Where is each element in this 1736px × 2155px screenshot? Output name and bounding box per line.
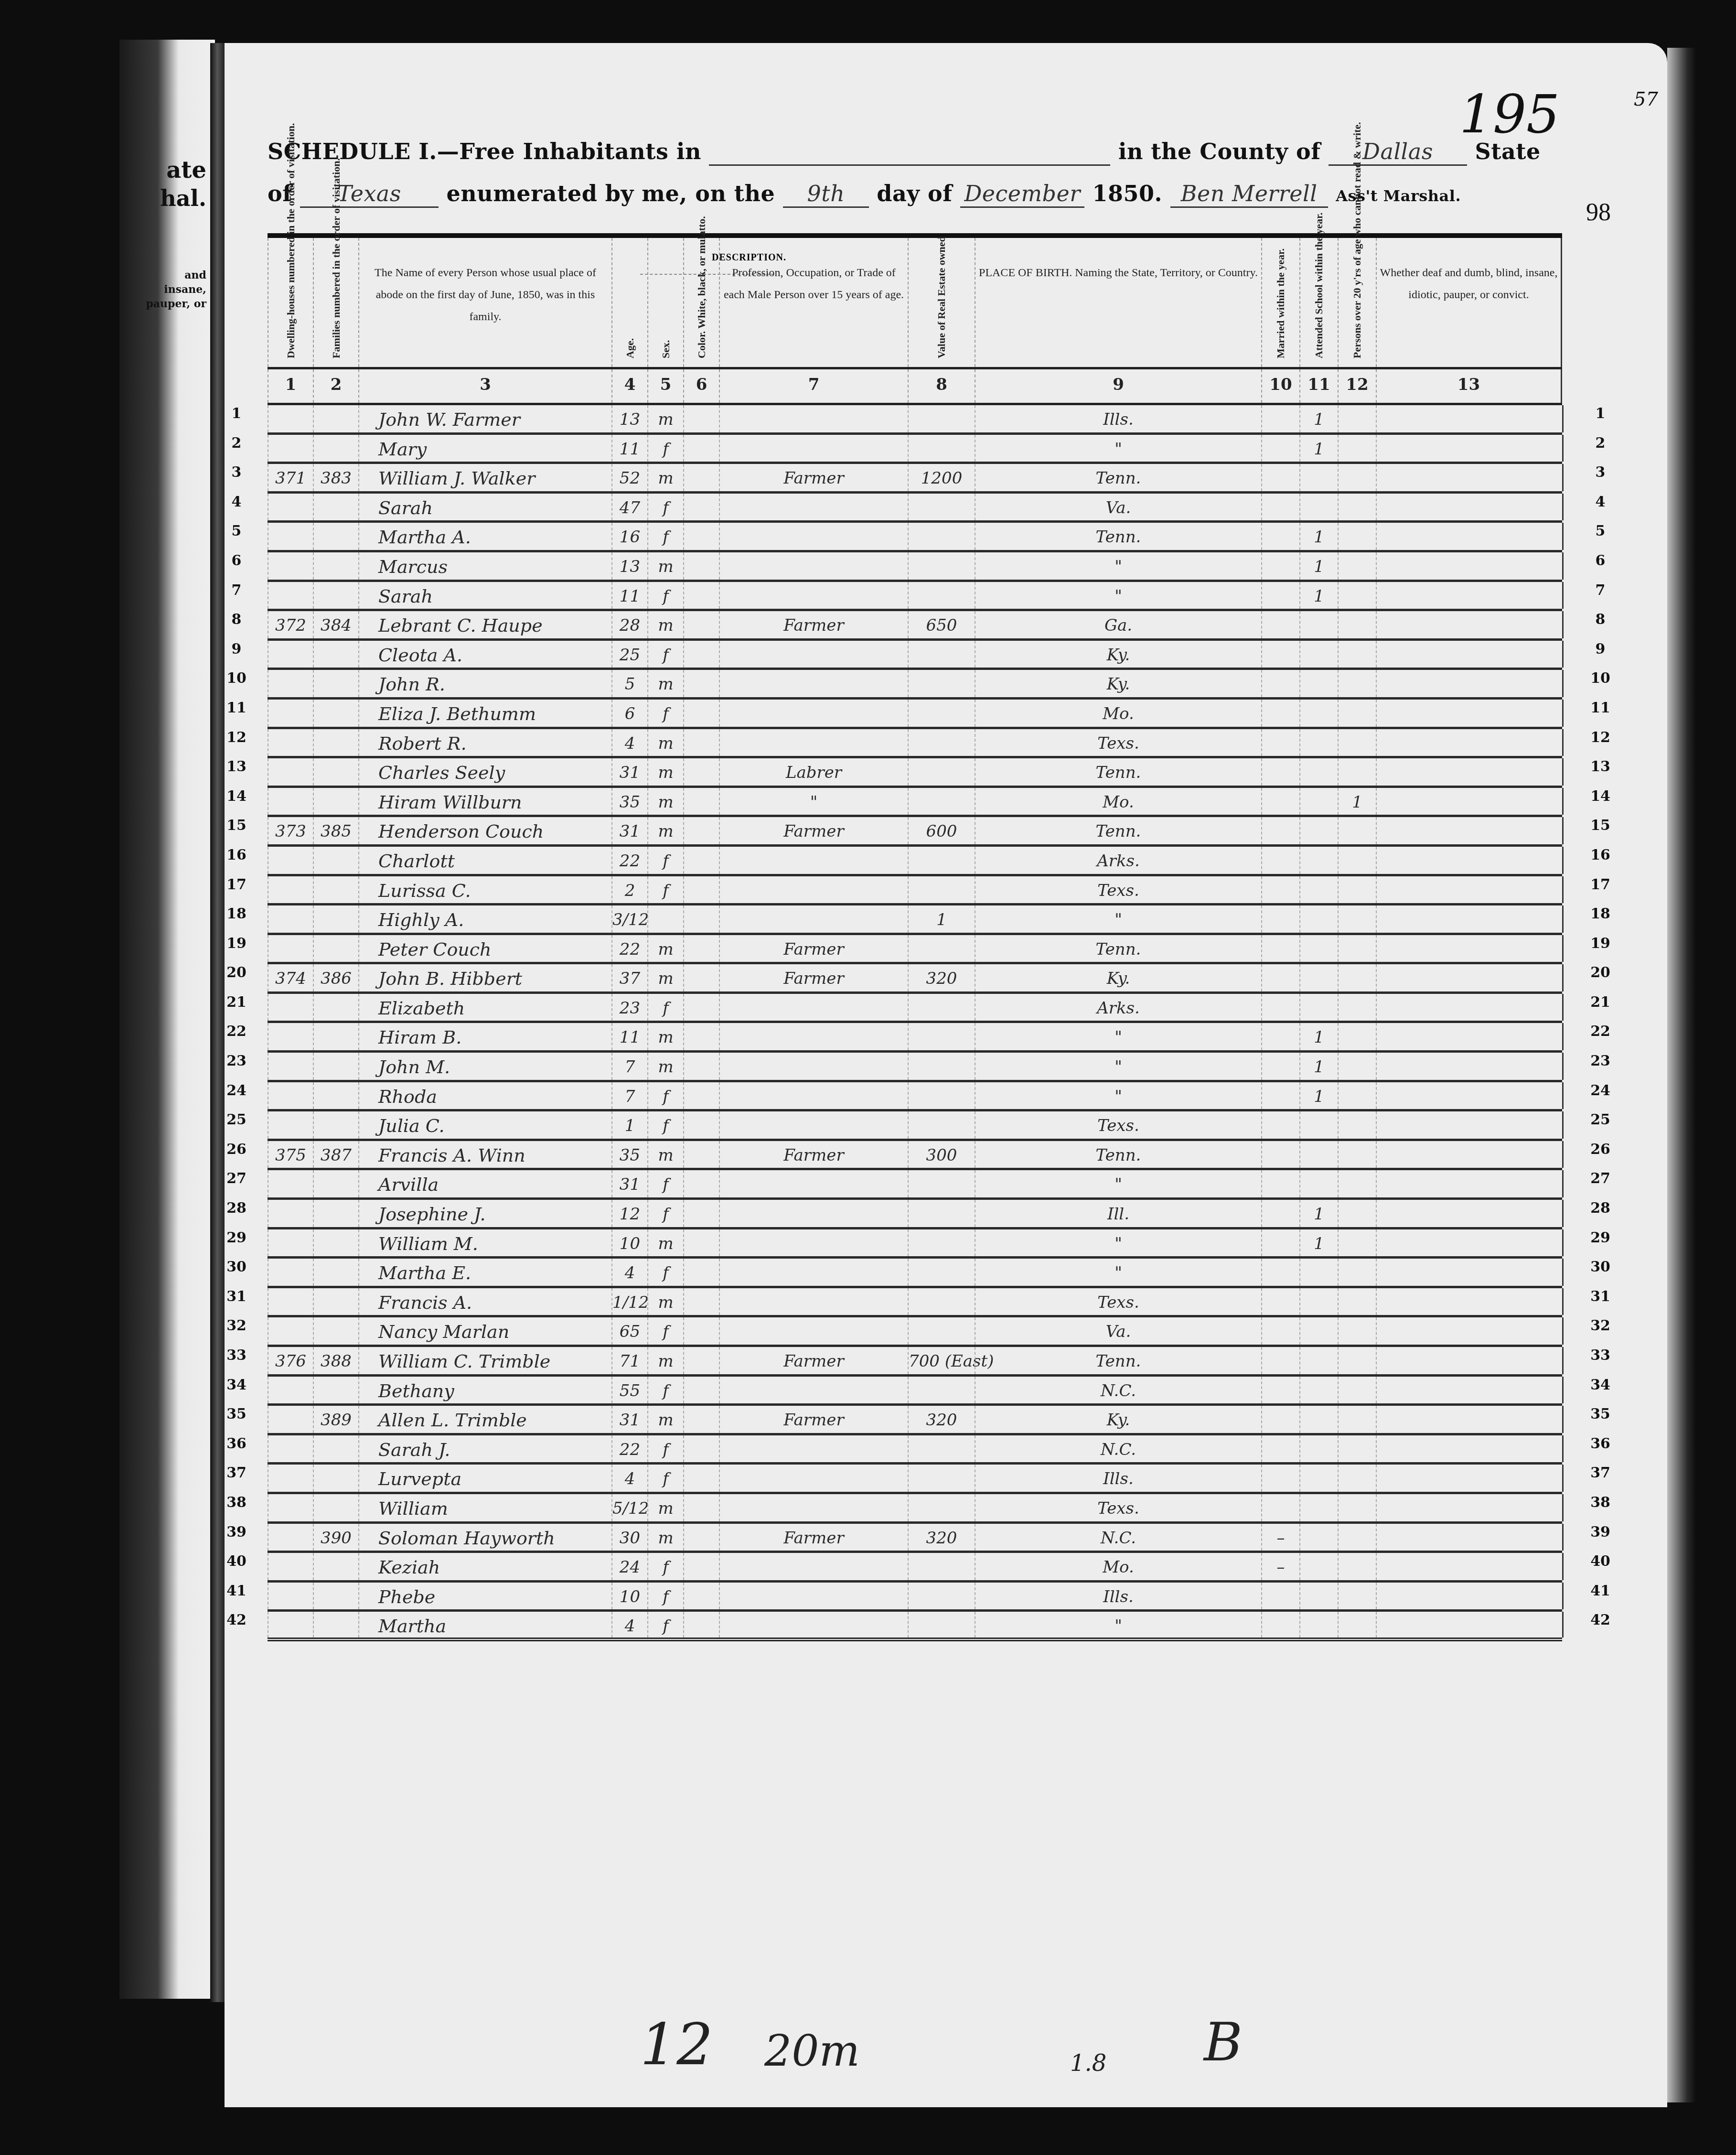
cell-illiterate [1338, 876, 1376, 904]
cell-name: Mary [358, 435, 611, 462]
cell-birthplace: Texs. [975, 876, 1261, 904]
cell-married [1261, 1111, 1299, 1139]
cell-dwelling [268, 1053, 313, 1080]
cell-married [1261, 523, 1299, 550]
cell-dwelling [268, 670, 313, 697]
cell-real-estate [908, 582, 975, 609]
cell-real-estate [908, 847, 975, 874]
cell-sex: f [647, 1111, 683, 1139]
line-number: 37 [222, 1465, 251, 1481]
cell-school [1299, 964, 1338, 991]
line-number: 5 [222, 523, 251, 539]
right-rule [1562, 1259, 1564, 1286]
cell-name: William C. Trimble [358, 1347, 611, 1374]
right-rule [1562, 1435, 1564, 1463]
cell-dwelling [268, 788, 313, 815]
cell-school [1299, 729, 1338, 756]
cell-school [1299, 847, 1338, 874]
cell-married [1261, 494, 1299, 521]
cell-color [683, 552, 719, 580]
cell-family [313, 1170, 358, 1197]
cell-real-estate [908, 994, 975, 1021]
cell-birthplace: N.C. [975, 1435, 1261, 1463]
table-row: 19Peter Couch22mFarmerTenn.19 [268, 935, 1562, 965]
table-row: 17Lurissa C.2fTexs.17 [268, 876, 1562, 906]
prev-page-fragment: hal. [160, 185, 206, 211]
line-number: 18 [222, 905, 251, 922]
cell-birthplace: " [975, 1229, 1261, 1257]
col-num: 7 [719, 369, 908, 403]
cell-married [1261, 876, 1299, 904]
cell-age: 55 [611, 1377, 647, 1404]
cell-color [683, 1082, 719, 1110]
cell-age: 25 [611, 641, 647, 668]
right-rule [1562, 1170, 1564, 1197]
county-field: Dallas [1329, 139, 1467, 166]
cell-school [1299, 1553, 1338, 1580]
cell-age: 5/12 [611, 1494, 647, 1521]
cell-name: John M. [358, 1053, 611, 1080]
line-number-right: 31 [1586, 1288, 1615, 1305]
cell-dwelling [268, 405, 313, 432]
cell-married [1261, 405, 1299, 432]
cell-condition [1376, 1494, 1562, 1521]
cell-name: Henderson Couch [358, 817, 611, 844]
cell-dwelling [268, 1288, 313, 1315]
right-rule [1562, 523, 1564, 550]
year-label: 1850. [1093, 181, 1163, 206]
cell-real-estate [908, 1229, 975, 1257]
cell-birthplace: Tenn. [975, 1141, 1261, 1168]
col-header-real-estate: Value of Real Estate owned [908, 238, 975, 367]
line-number-right: 29 [1586, 1229, 1615, 1246]
cell-family [313, 876, 358, 904]
cell-illiterate [1338, 435, 1376, 462]
cell-family [313, 729, 358, 756]
line-number-right: 39 [1586, 1524, 1615, 1541]
table-row: 38William5/12mTexs.38 [268, 1494, 1562, 1524]
cell-birthplace: Arks. [975, 847, 1261, 874]
cell-dwelling [268, 435, 313, 462]
table-row: 37Lurvepta4fIlls.37 [268, 1465, 1562, 1494]
cell-school: 1 [1299, 1053, 1338, 1080]
line-number-right: 10 [1586, 670, 1615, 687]
line-number-right: 8 [1586, 611, 1615, 628]
cell-sex: m [647, 729, 683, 756]
table-row: 8372384Lebrant C. Haupe28mFarmer650Ga.8 [268, 611, 1562, 641]
right-rule [1562, 582, 1564, 609]
cell-sex: m [647, 464, 683, 491]
cell-color [683, 523, 719, 550]
right-rule [1562, 905, 1564, 933]
cell-real-estate [908, 1111, 975, 1139]
cell-occupation [719, 1612, 908, 1638]
cell-occupation [719, 876, 908, 904]
right-rule [1562, 964, 1564, 991]
cell-name: Francis A. Winn [358, 1141, 611, 1168]
cell-family: 390 [313, 1524, 358, 1551]
cell-name: Soloman Hayworth [358, 1524, 611, 1551]
cell-name: Hiram B. [358, 1023, 611, 1050]
cell-dwelling: 376 [268, 1347, 313, 1374]
cell-real-estate [908, 1053, 975, 1080]
cell-school [1299, 1435, 1338, 1463]
cell-occupation: Farmer [719, 1141, 908, 1168]
table-row: 3371383William J. Walker52mFarmer1200Ten… [268, 464, 1562, 494]
cell-birthplace: " [975, 1053, 1261, 1080]
col-num: 4 [611, 369, 647, 403]
tally-value: 1.8 [1070, 2050, 1106, 2077]
cell-age: 47 [611, 494, 647, 521]
cell-sex: m [647, 405, 683, 432]
cell-dwelling [268, 1524, 313, 1551]
cell-sex: f [647, 523, 683, 550]
right-rule [1562, 1288, 1564, 1315]
line-number-right: 18 [1586, 905, 1615, 922]
cell-age: 11 [611, 1023, 647, 1050]
cell-condition [1376, 1583, 1562, 1610]
cell-family [313, 435, 358, 462]
cell-real-estate [908, 552, 975, 580]
table-row: 4Sarah47fVa.4 [268, 494, 1562, 523]
cell-occupation [719, 670, 908, 697]
cell-condition [1376, 817, 1562, 844]
cell-name: William J. Walker [358, 464, 611, 491]
cell-school: 1 [1299, 523, 1338, 550]
cell-color [683, 582, 719, 609]
cell-real-estate [908, 1288, 975, 1315]
cell-condition [1376, 1435, 1562, 1463]
cell-condition [1376, 670, 1562, 697]
cell-age: 6 [611, 700, 647, 727]
line-number: 33 [222, 1347, 251, 1364]
cell-sex: m [647, 1406, 683, 1433]
cell-real-estate [908, 1170, 975, 1197]
col-num: 2 [313, 369, 358, 403]
line-number-right: 14 [1586, 788, 1615, 805]
cell-color [683, 494, 719, 521]
col-num: 6 [683, 369, 719, 403]
cell-name: Cleota A. [358, 641, 611, 668]
cell-dwelling [268, 1200, 313, 1227]
cell-birthplace: Tenn. [975, 817, 1261, 844]
cell-name: William [358, 1494, 611, 1521]
cell-family [313, 1053, 358, 1080]
cell-age: 31 [611, 758, 647, 786]
table-row: 22Hiram B.11m"122 [268, 1023, 1562, 1053]
cell-family [313, 1082, 358, 1110]
cell-school [1299, 876, 1338, 904]
cell-family [313, 405, 358, 432]
cell-family [313, 994, 358, 1021]
cell-illiterate [1338, 700, 1376, 727]
cell-birthplace: Ky. [975, 964, 1261, 991]
cell-dwelling [268, 758, 313, 786]
cell-school [1299, 905, 1338, 933]
cell-occupation: Farmer [719, 1347, 908, 1374]
right-rule [1562, 1406, 1564, 1433]
cell-family [313, 523, 358, 550]
cell-condition [1376, 1170, 1562, 1197]
right-rule [1562, 405, 1564, 432]
cell-color [683, 935, 719, 962]
cell-married [1261, 758, 1299, 786]
cell-family [313, 935, 358, 962]
cell-illiterate [1338, 670, 1376, 697]
right-rule [1562, 641, 1564, 668]
cell-family [313, 494, 358, 521]
cell-birthplace: N.C. [975, 1377, 1261, 1404]
cell-occupation [719, 1023, 908, 1050]
line-number: 35 [222, 1406, 251, 1422]
cell-sex: f [647, 494, 683, 521]
cell-name: John R. [358, 670, 611, 697]
cell-married [1261, 1377, 1299, 1404]
cell-age: 10 [611, 1583, 647, 1610]
cell-married [1261, 1317, 1299, 1345]
line-number-right: 36 [1586, 1435, 1615, 1452]
cell-occupation [719, 523, 908, 550]
right-rule [1562, 1141, 1564, 1168]
cell-sex: f [647, 847, 683, 874]
cell-condition [1376, 758, 1562, 786]
cell-dwelling [268, 1435, 313, 1463]
col-header-married: Married within the year. [1261, 238, 1299, 367]
cell-illiterate [1338, 1317, 1376, 1345]
cell-real-estate: 650 [908, 611, 975, 638]
cell-family [313, 1494, 358, 1521]
tally-females: 20m [764, 2026, 860, 2076]
cell-color [683, 1435, 719, 1463]
line-number: 2 [222, 435, 251, 452]
cell-dwelling [268, 905, 313, 933]
cell-sex: m [647, 1023, 683, 1050]
line-number-right: 5 [1586, 523, 1615, 539]
right-rule [1562, 494, 1564, 521]
line-number-right: 15 [1586, 817, 1615, 834]
cell-age: 52 [611, 464, 647, 491]
cell-color [683, 1406, 719, 1433]
line-number: 10 [222, 670, 251, 687]
line-number: 42 [222, 1612, 251, 1628]
table-row: 2Mary11f"12 [268, 435, 1562, 464]
cell-color [683, 847, 719, 874]
table-row: 39390Soloman Hayworth30mFarmer320N.C.–39 [268, 1524, 1562, 1553]
line-number: 16 [222, 847, 251, 863]
cell-married [1261, 1435, 1299, 1463]
cell-condition [1376, 700, 1562, 727]
cell-dwelling [268, 1553, 313, 1580]
cell-birthplace: Ills. [975, 1583, 1261, 1610]
cell-family [313, 1553, 358, 1580]
cell-dwelling [268, 700, 313, 727]
cell-condition [1376, 523, 1562, 550]
cell-married [1261, 847, 1299, 874]
cell-occupation [719, 1170, 908, 1197]
cell-birthplace: Ills. [975, 405, 1261, 432]
census-table: Dwelling-houses numbered in the order of… [268, 233, 1562, 1641]
line-number: 7 [222, 582, 251, 599]
col-header-school: Attended School within the year. [1299, 238, 1338, 367]
cell-name: Lebrant C. Haupe [358, 611, 611, 638]
cell-sex: m [647, 611, 683, 638]
cell-family [313, 552, 358, 580]
cell-condition [1376, 1141, 1562, 1168]
cell-school [1299, 935, 1338, 962]
cell-married [1261, 1053, 1299, 1080]
cell-sex: f [647, 876, 683, 904]
cell-illiterate [1338, 994, 1376, 1021]
cell-dwelling [268, 1494, 313, 1521]
cell-school [1299, 1524, 1338, 1551]
line-number: 29 [222, 1229, 251, 1246]
right-rule [1562, 935, 1564, 962]
marshal-field: Ben Merrell [1170, 181, 1328, 208]
right-rule [1562, 847, 1564, 874]
cell-dwelling [268, 876, 313, 904]
cell-birthplace: Va. [975, 494, 1261, 521]
cell-name: Sarah J. [358, 1435, 611, 1463]
line-number-right: 6 [1586, 552, 1615, 569]
line-number-right: 38 [1586, 1494, 1615, 1511]
cell-school: 1 [1299, 1229, 1338, 1257]
line-number-right: 20 [1586, 964, 1615, 981]
table-row: 36Sarah J.22fN.C.36 [268, 1435, 1562, 1465]
line-number-right: 13 [1586, 758, 1615, 775]
cell-family [313, 641, 358, 668]
cell-illiterate [1338, 405, 1376, 432]
cell-sex: f [647, 1170, 683, 1197]
right-rule [1562, 1023, 1564, 1050]
line-number: 6 [222, 552, 251, 569]
cell-name: Julia C. [358, 1111, 611, 1139]
cell-birthplace: Texs. [975, 1111, 1261, 1139]
column-numbers: 1 2 3 4 5 6 7 8 9 10 11 12 13 [268, 369, 1562, 405]
cell-condition [1376, 641, 1562, 668]
line-number: 38 [222, 1494, 251, 1511]
cell-dwelling: 375 [268, 1141, 313, 1168]
cell-condition [1376, 964, 1562, 991]
cell-sex [647, 905, 683, 933]
line-number-right: 11 [1586, 700, 1615, 716]
cell-age: 5 [611, 670, 647, 697]
cell-sex: m [647, 1053, 683, 1080]
cell-married [1261, 641, 1299, 668]
cell-family [313, 1023, 358, 1050]
cell-family [313, 1583, 358, 1610]
previous-page-edge: ate hal. and insane, pauper, or [119, 40, 215, 1999]
cell-age: 22 [611, 847, 647, 874]
cell-sex: f [647, 1553, 683, 1580]
table-row: 28Josephine J.12fIll.128 [268, 1200, 1562, 1229]
cell-occupation [719, 1082, 908, 1110]
cell-name: Arvilla [358, 1170, 611, 1197]
line-number-right: 1 [1586, 405, 1615, 422]
line-number-right: 4 [1586, 494, 1615, 510]
table-row: 14Hiram Willburn35m"Mo.114 [268, 788, 1562, 818]
cell-color [683, 1553, 719, 1580]
cell-birthplace: Texs. [975, 729, 1261, 756]
cell-age: 31 [611, 1170, 647, 1197]
col-num: 5 [647, 369, 683, 403]
line-number: 4 [222, 494, 251, 510]
cell-family: 383 [313, 464, 358, 491]
cell-occupation [719, 1288, 908, 1315]
cell-illiterate [1338, 758, 1376, 786]
right-rule [1562, 1317, 1564, 1345]
col-header-birthplace: PLACE OF BIRTH. Naming the State, Territ… [975, 238, 1261, 367]
cell-school [1299, 464, 1338, 491]
cell-name: Nancy Marlan [358, 1317, 611, 1345]
cell-occupation [719, 1553, 908, 1580]
cell-occupation [719, 1053, 908, 1080]
cell-married [1261, 788, 1299, 815]
table-row: 9Cleota A.25fKy.9 [268, 641, 1562, 670]
cell-age: 10 [611, 1229, 647, 1257]
cell-married [1261, 1259, 1299, 1286]
cell-color [683, 464, 719, 491]
line-number-right: 9 [1586, 641, 1615, 657]
cell-color [683, 1465, 719, 1492]
cell-condition [1376, 729, 1562, 756]
cell-birthplace: Texs. [975, 1288, 1261, 1315]
cell-illiterate [1338, 611, 1376, 638]
cell-condition [1376, 494, 1562, 521]
cell-real-estate: 320 [908, 1524, 975, 1551]
cell-color [683, 788, 719, 815]
line-number-right: 26 [1586, 1141, 1615, 1158]
col-header-condition: Whether deaf and dumb, blind, insane, id… [1376, 238, 1562, 367]
cell-birthplace: " [975, 435, 1261, 462]
cell-sex: m [647, 788, 683, 815]
line-number: 14 [222, 788, 251, 805]
cell-married [1261, 1494, 1299, 1521]
cell-condition [1376, 1288, 1562, 1315]
cell-name: Phebe [358, 1583, 611, 1610]
cell-school [1299, 788, 1338, 815]
cell-condition [1376, 1347, 1562, 1374]
cell-birthplace: " [975, 1023, 1261, 1050]
cell-condition [1376, 935, 1562, 962]
cell-occupation [719, 1200, 908, 1227]
cell-birthplace: Va. [975, 1317, 1261, 1345]
col-header-color: Color. White, black, or mulatto. [683, 238, 719, 367]
line-number-right: 25 [1586, 1111, 1615, 1128]
cell-name: William M. [358, 1229, 611, 1257]
day-of-label: day of [877, 181, 952, 206]
cell-married [1261, 1200, 1299, 1227]
line-number: 13 [222, 758, 251, 775]
cell-sex: f [647, 1612, 683, 1638]
cell-condition [1376, 611, 1562, 638]
cell-birthplace: Tenn. [975, 935, 1261, 962]
cell-color [683, 994, 719, 1021]
cell-school [1299, 700, 1338, 727]
cell-name: Allen L. Trimble [358, 1406, 611, 1433]
cell-sex: f [647, 994, 683, 1021]
cell-real-estate: 700 (East) [908, 1347, 975, 1374]
line-number: 31 [222, 1288, 251, 1305]
cell-family [313, 1612, 358, 1638]
cell-sex: f [647, 1377, 683, 1404]
cell-birthplace: Mo. [975, 700, 1261, 727]
table-row: 30Martha E.4f"30 [268, 1259, 1562, 1288]
state-field: Texas [300, 181, 439, 208]
cell-school [1299, 1317, 1338, 1345]
cell-school [1299, 817, 1338, 844]
col-header-illiterate: Persons over 20 y'rs of age who cannot r… [1338, 238, 1376, 367]
table-row: 32Nancy Marlan65fVa.32 [268, 1317, 1562, 1347]
